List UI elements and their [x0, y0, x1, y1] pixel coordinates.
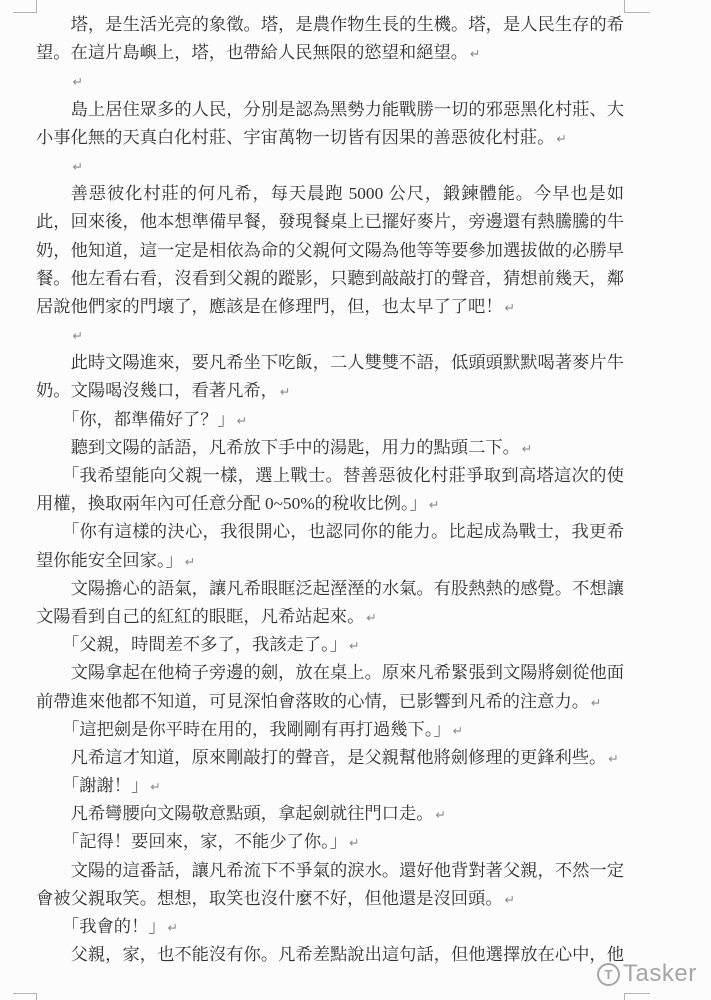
- text-line: 「你有這樣的決心，我很開心，也認同你的能力。比起成為戰士，我更希: [36, 518, 624, 546]
- text-line: 此時文陽進來，要凡希坐下吃飯，二人雙雙不語，低頭頭默默喝著麥片牛: [36, 349, 624, 377]
- paragraph-mark-icon: ↵: [429, 497, 439, 512]
- text-line-content: 「謝謝！」: [62, 776, 148, 795]
- tasker-watermark: T Tasker: [597, 959, 697, 989]
- text-line-content: 「你有這樣的決心，我很開心，也認同你的能力。比起成為戰士，我更希: [62, 522, 624, 541]
- paragraph-mark-icon: ↵: [168, 920, 178, 935]
- tasker-watermark-label: Tasker: [623, 962, 697, 986]
- text-line: 凡希彎腰向文陽敬意點頭，拿起劍就往門口走。↵: [36, 800, 624, 828]
- text-line-content: 「父親，時間差不多了，我該走了。」: [62, 635, 347, 654]
- text-line-content: 「我希望能向父親一樣，選上戰士。替善惡彼化村莊爭取到高塔這次的使: [62, 466, 624, 485]
- text-line-content: 文陽的這番話，讓凡希流下不爭氣的淚水。還好他背對著父親，不然一定: [71, 861, 624, 880]
- text-line-content: 前帶進來他都不知道，可見深怕會落敗的心情，已影響到凡希的注意力。: [36, 692, 589, 711]
- text-line: ↵: [36, 152, 624, 180]
- text-line: 餐。他左看右看，沒看到父親的蹤影，只聽到敲敲打的聲音，猜想前幾天，鄰: [36, 265, 624, 293]
- text-line-content: 文陽拿起在他椅子旁邊的劍，放在桌上。原來凡希緊張到文陽將劍從他面: [71, 663, 624, 682]
- text-line-content: 望。在這片島嶼上，塔，也帶給人民無限的慾望和絕望。: [36, 43, 468, 62]
- text-line: 文陽看到自己的紅紅的眼眶，凡希站起來。↵: [36, 603, 624, 631]
- text-line: 文陽的這番話，讓凡希流下不爭氣的淚水。還好他背對著父親，不然一定: [36, 857, 624, 885]
- paragraph-mark-icon: ↵: [591, 695, 601, 710]
- text-line: 望你能安全回家。」↵: [36, 547, 624, 575]
- text-line: 聽到文陽的話語，凡希放下手中的湯匙，用力的點頭二下。↵: [36, 434, 624, 462]
- text-line-content: 奶，他知道，這一定是相依為命的父親何文陽為他等等要參加選拔做的必勝早: [36, 241, 624, 260]
- paragraph-mark-icon: ↵: [349, 835, 359, 850]
- paragraph-mark-icon: ↵: [556, 131, 566, 146]
- paragraph-mark-icon: ↵: [522, 441, 532, 456]
- text-line: 「父親，時間差不多了，我該走了。」↵: [36, 631, 624, 659]
- text-line: ↵: [36, 321, 624, 349]
- text-line-content: 用權，換取兩年內可任意分配 0~50%的稅收比例。」: [36, 494, 427, 513]
- text-line-content: 奶。文陽喝沒幾口，看著凡希，: [36, 381, 278, 400]
- text-line: 「謝謝！」↵: [36, 772, 624, 800]
- paragraph-mark-icon: ↵: [185, 554, 195, 569]
- paragraph-mark-icon: ↵: [237, 413, 247, 428]
- text-line: 善惡彼化村莊的何凡希，每天晨跑 5000 公尺，鍛鍊體能。今早也是如: [36, 180, 624, 208]
- text-line: 居說他們家的門壞了，應該是在修理門，但，也太早了了吧！↵: [36, 293, 624, 321]
- paragraph-mark-icon: ↵: [150, 779, 160, 794]
- crop-mark-top-left: [13, 0, 37, 13]
- text-line: 會被父親取笑。想想，取笑也沒什麼不好，但他還是沒回頭。↵: [36, 885, 624, 913]
- text-line-content: 「你，都準備好了？」: [62, 410, 235, 429]
- text-line: 塔，是生活光亮的象徵。塔，是農作物生長的生機。塔，是人民生存的希: [36, 11, 624, 39]
- text-line: 前帶進來他都不知道，可見深怕會落敗的心情，已影響到凡希的注意力。↵: [36, 688, 624, 716]
- paragraph-mark-icon: ↵: [436, 807, 446, 822]
- tasker-logo-icon: T: [597, 963, 620, 986]
- paragraph-mark-icon: ↵: [280, 384, 290, 399]
- paragraph-mark-icon: ↵: [73, 328, 83, 343]
- text-line-content: 父親，家，也不能沒有你。凡希差點說出這句話，但他選擇放在心中，他: [71, 945, 624, 964]
- paragraph-mark-icon: ↵: [505, 892, 515, 907]
- text-line: 「這把劍是你平時在用的，我剛剛有再打過幾下。」↵: [36, 716, 624, 744]
- text-line-content: 居說他們家的門壞了，應該是在修理門，但，也太早了了吧！: [36, 297, 503, 316]
- text-line-content: 餐。他左看右看，沒看到父親的蹤影，只聽到敲敲打的聲音，猜想前幾天，鄰: [36, 269, 624, 288]
- paragraph-mark-icon: ↵: [366, 610, 376, 625]
- text-line: 「我希望能向父親一樣，選上戰士。替善惡彼化村莊爭取到高塔這次的使: [36, 462, 624, 490]
- text-line-content: 凡希這才知道，原來剛敲打的聲音，是父親幫他將劍修理的更鋒利些。: [71, 748, 607, 767]
- text-line-content: 凡希彎腰向文陽敬意點頭，拿起劍就往門口走。: [71, 804, 434, 823]
- text-line-content: 文陽看到自己的紅紅的眼眶，凡希站起來。: [36, 607, 364, 626]
- text-line: 用權，換取兩年內可任意分配 0~50%的稅收比例。」↵: [36, 490, 624, 518]
- paragraph-mark-icon: ↵: [505, 300, 515, 315]
- text-line-content: 「記得！要回來，家，不能少了你。」: [62, 832, 347, 851]
- text-line-content: 文陽擔心的語氣，讓凡希眼眶泛起溼溼的水氣。有股熱熱的感覺。不想讓: [71, 579, 624, 598]
- text-line: 「你，都準備好了？」↵: [36, 406, 624, 434]
- text-line: 父親，家，也不能沒有你。凡希差點說出這句話，但他選擇放在心中，他: [36, 941, 624, 969]
- text-line: ↵: [36, 67, 624, 95]
- paragraph-mark-icon: ↵: [608, 751, 618, 766]
- tasker-logo-letter: T: [605, 968, 613, 981]
- text-line-content: 此，回來後，他本想準備早餐，發現餐桌上已擺好麥片，旁邊還有熱騰騰的牛: [36, 212, 624, 231]
- document-page: 塔，是生活光亮的象徵。塔，是農作物生長的生機。塔，是人民生存的希望。在這片島嶼上…: [0, 0, 711, 1000]
- text-line-content: 塔，是生活光亮的象徵。塔，是農作物生長的生機。塔，是人民生存的希: [71, 15, 624, 34]
- paragraph-mark-icon: ↵: [453, 723, 463, 738]
- paragraph-mark-icon: ↵: [470, 46, 480, 61]
- text-line: 「我會的！」↵: [36, 913, 624, 941]
- text-line: 小事化無的天真白化村莊、宇宙萬物一切皆有因果的善惡彼化村莊。↵: [36, 124, 624, 152]
- text-line: 「記得！要回來，家，不能少了你。」↵: [36, 828, 624, 856]
- crop-mark-bottom-left: [13, 993, 37, 1000]
- text-line: 文陽拿起在他椅子旁邊的劍，放在桌上。原來凡希緊張到文陽將劍從他面: [36, 659, 624, 687]
- text-line: 島上居住眾多的人民，分別是認為黑勢力能戰勝一切的邪惡黑化村莊、大: [36, 96, 624, 124]
- text-line-content: 小事化無的天真白化村莊、宇宙萬物一切皆有因果的善惡彼化村莊。: [36, 128, 554, 147]
- paragraph-mark-icon: ↵: [73, 159, 83, 174]
- text-line-content: 望你能安全回家。」: [36, 551, 183, 570]
- text-line: 奶。文陽喝沒幾口，看著凡希，↵: [36, 377, 624, 405]
- crop-mark-bottom-right: [624, 993, 650, 1000]
- document-text-area: 塔，是生活光亮的象徵。塔，是農作物生長的生機。塔，是人民生存的希望。在這片島嶼上…: [36, 11, 624, 969]
- text-line-content: 「這把劍是你平時在用的，我剛剛有再打過幾下。」: [62, 720, 451, 739]
- text-line-content: 聽到文陽的話語，凡希放下手中的湯匙，用力的點頭二下。: [71, 438, 520, 457]
- paragraph-mark-icon: ↵: [73, 74, 83, 89]
- text-line-content: 島上居住眾多的人民，分別是認為黑勢力能戰勝一切的邪惡黑化村莊、大: [71, 100, 624, 119]
- text-line-content: 此時文陽進來，要凡希坐下吃飯，二人雙雙不語，低頭頭默默喝著麥片牛: [71, 353, 624, 372]
- text-line: 凡希這才知道，原來剛敲打的聲音，是父親幫他將劍修理的更鋒利些。↵: [36, 744, 624, 772]
- text-line: 望。在這片島嶼上，塔，也帶給人民無限的慾望和絕望。↵: [36, 39, 624, 67]
- text-line: 此，回來後，他本想準備早餐，發現餐桌上已擺好麥片，旁邊還有熱騰騰的牛: [36, 208, 624, 236]
- crop-mark-top-right: [624, 0, 650, 13]
- paragraph-mark-icon: ↵: [349, 638, 359, 653]
- text-line-content: 「我會的！」: [62, 917, 166, 936]
- text-line: 奶，他知道，這一定是相依為命的父親何文陽為他等等要參加選拔做的必勝早: [36, 237, 624, 265]
- text-line: 文陽擔心的語氣，讓凡希眼眶泛起溼溼的水氣。有股熱熱的感覺。不想讓: [36, 575, 624, 603]
- text-line-content: 會被父親取笑。想想，取笑也沒什麼不好，但他還是沒回頭。: [36, 889, 503, 908]
- text-line-content: 善惡彼化村莊的何凡希，每天晨跑 5000 公尺，鍛鍊體能。今早也是如: [71, 184, 624, 203]
